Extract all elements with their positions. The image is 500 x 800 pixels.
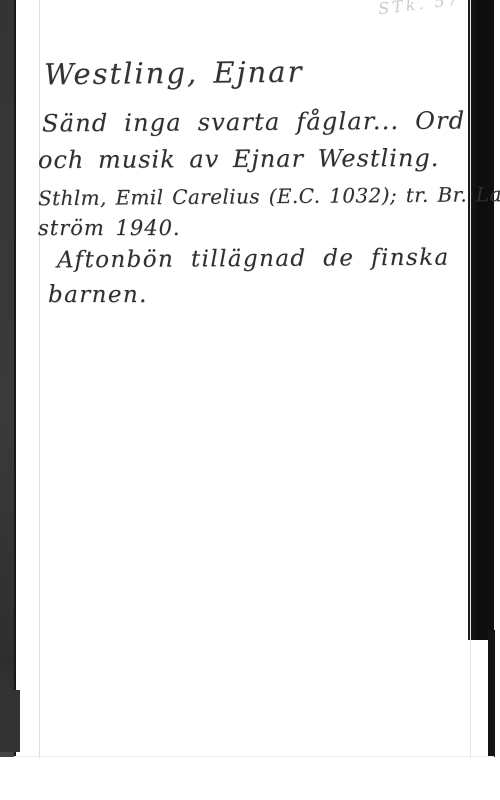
pencil-shelf-mark: STk. 57 bbox=[377, 0, 469, 18]
card-left-edge bbox=[39, 0, 40, 758]
card-heading-author: Westling, Ejnar bbox=[44, 55, 304, 92]
card-right-edge bbox=[470, 0, 471, 758]
scan-edge-left-foot bbox=[0, 690, 20, 752]
card-imprint-line-continued: ström 1940. bbox=[38, 216, 181, 240]
card-title-line: Sänd inga svarta fåglar... Ord bbox=[42, 107, 465, 138]
card-imprint-line: Sthlm, Emil Carelius (E.C. 1032); tr. Br… bbox=[38, 182, 500, 210]
scan-edge-right-taper bbox=[488, 630, 495, 757]
card-note-line: Aftonbön tillägnad de finska bbox=[57, 245, 450, 274]
card-credit-line: och musik av Ejnar Westling. bbox=[38, 144, 440, 174]
scanned-catalog-card-page: STk. 57 Westling, Ejnar Sänd inga svarta… bbox=[0, 0, 500, 800]
scan-edge-left bbox=[0, 0, 16, 757]
card-note-line-continued: barnen. bbox=[48, 282, 148, 308]
scan-edge-right bbox=[468, 0, 494, 640]
card-bottom-edge bbox=[14, 756, 494, 757]
